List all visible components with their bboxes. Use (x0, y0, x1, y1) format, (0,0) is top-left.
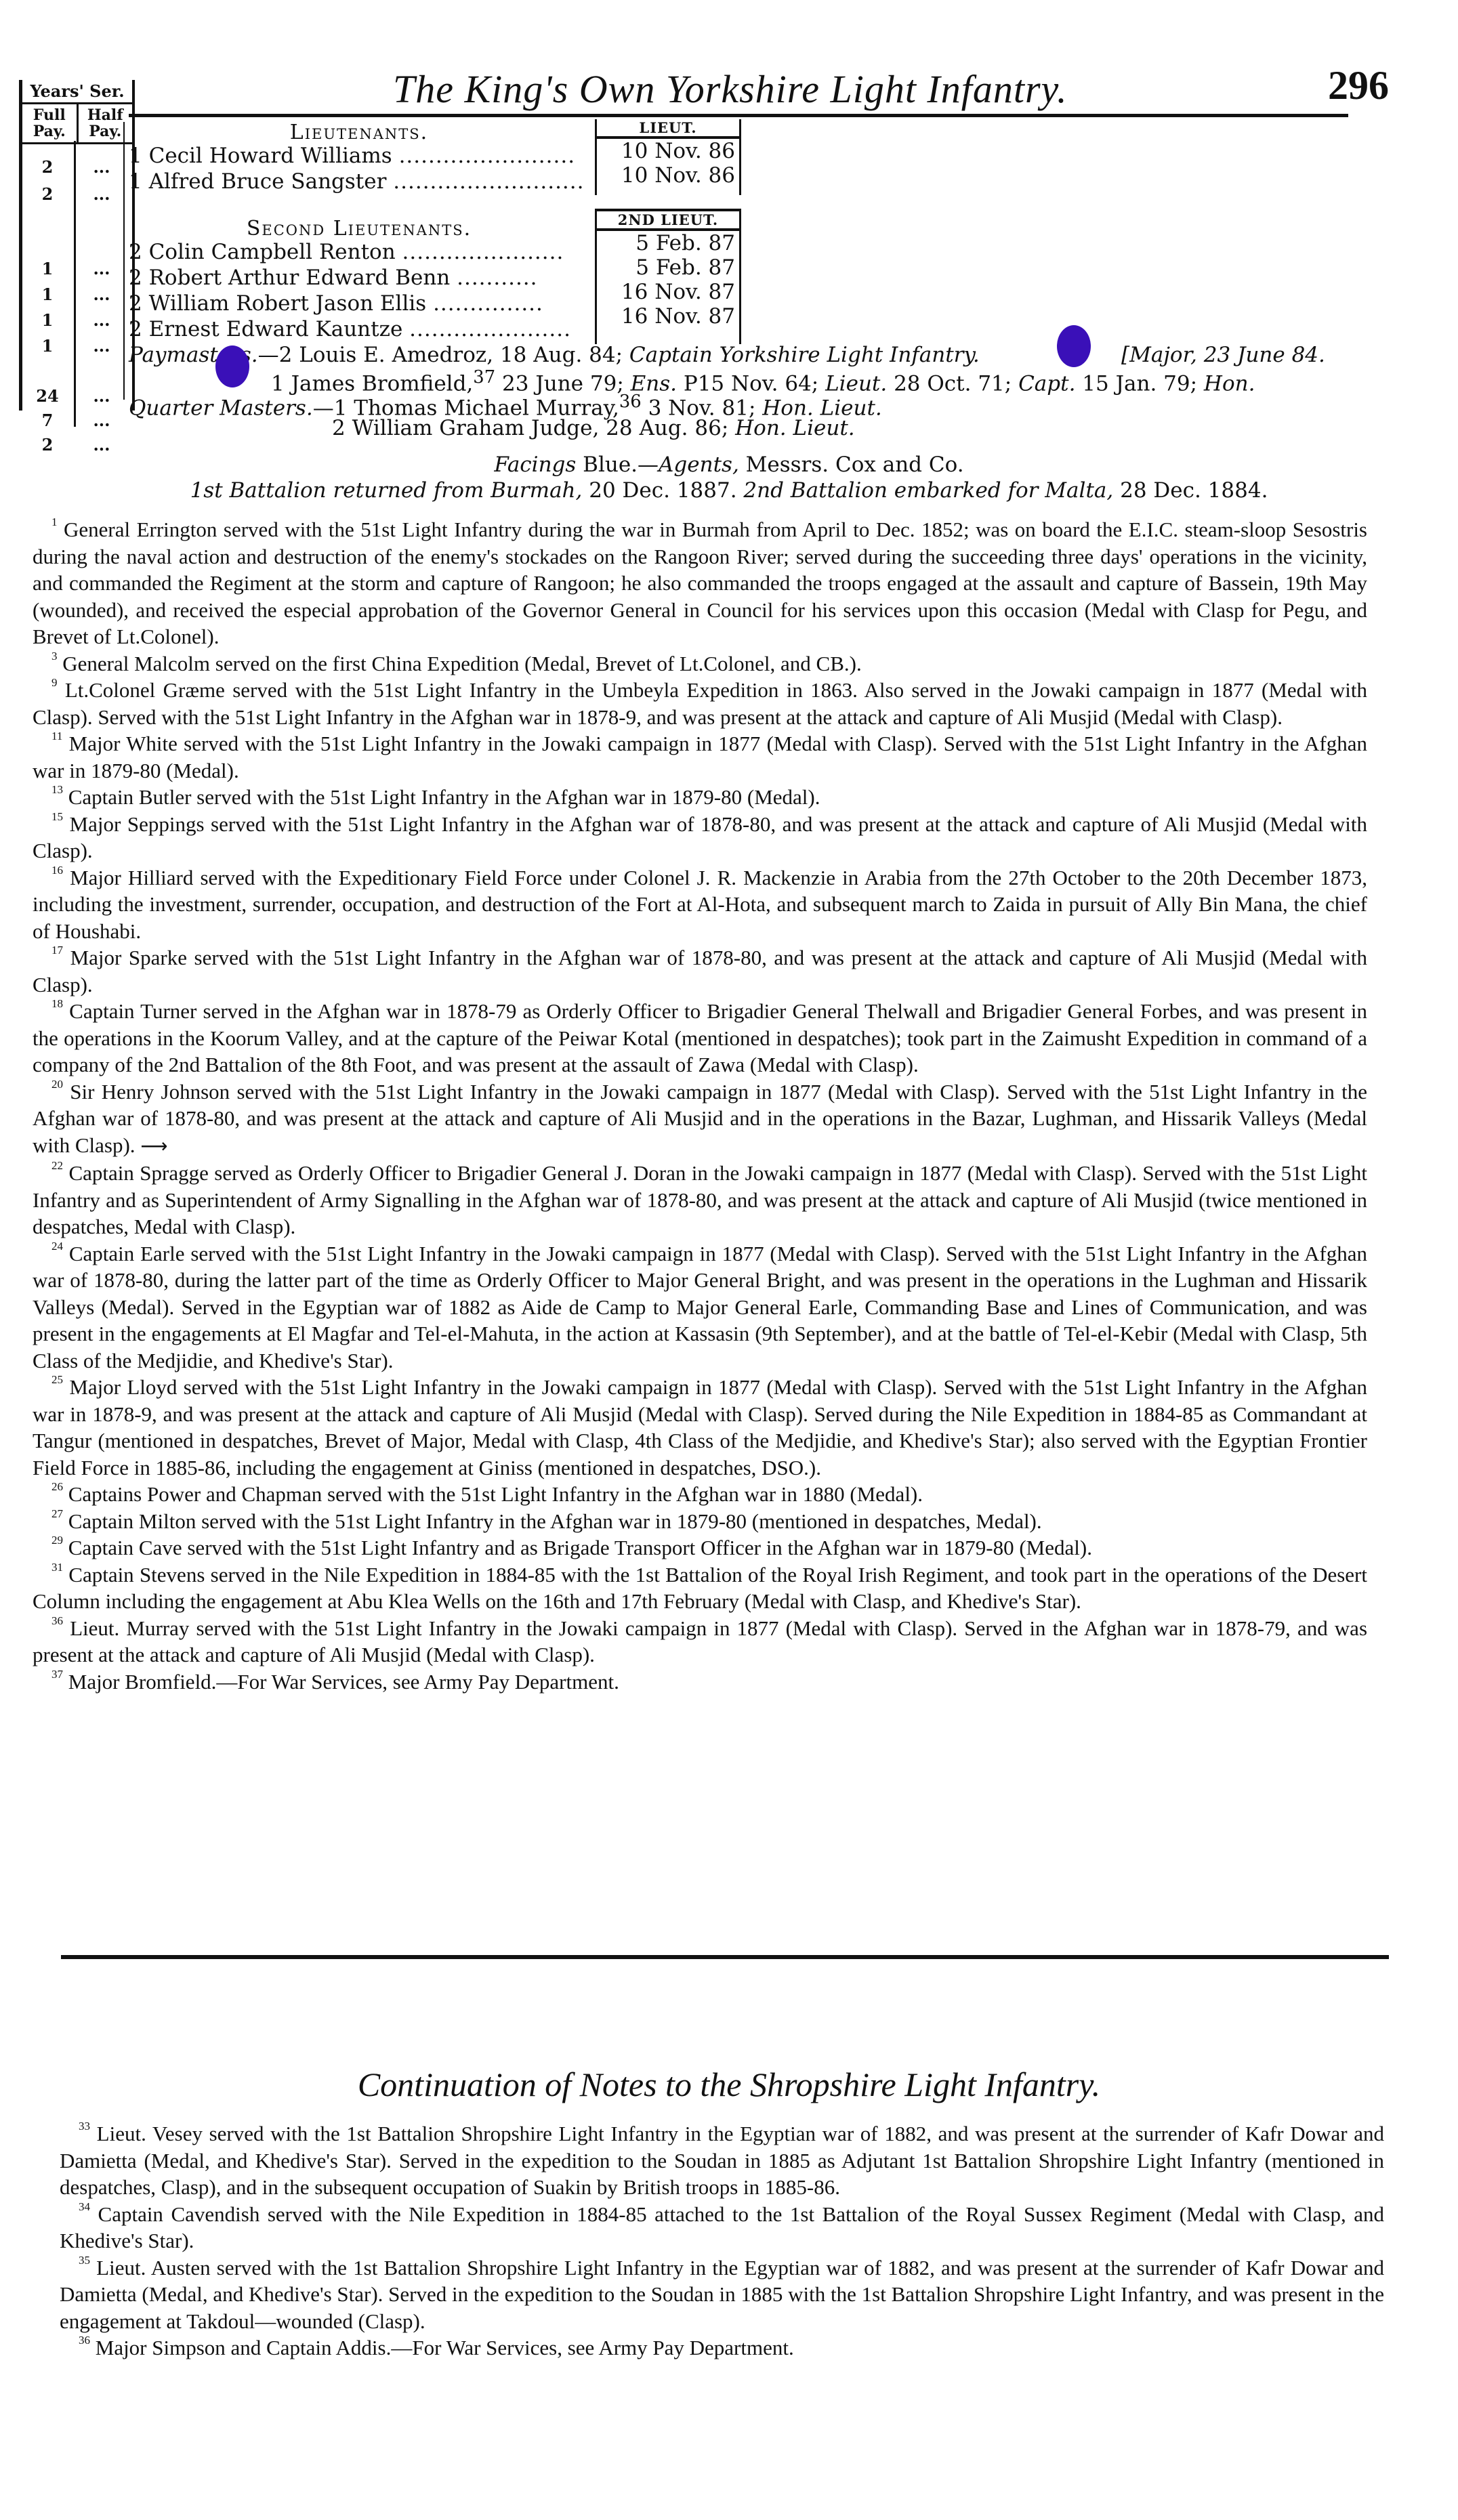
lieut-date-column: LIEUT. 10 Nov. 86 10 Nov. 86 (595, 119, 741, 195)
half-pay-value: ... (78, 435, 125, 455)
half-pay-value: ... (78, 157, 125, 177)
paymaster-bracket: [Major, 23 June 84. (1121, 343, 1325, 367)
footnote-number: 31 (51, 1561, 63, 1574)
second-battalion-date: 28 Dec. 1884. (1113, 478, 1268, 503)
leader-dots: ............... (433, 291, 543, 316)
full-pay-value: 1 (24, 310, 71, 330)
officer-name: Colin Campbell Renton (149, 240, 396, 264)
years-service-heading: Years' Ser. (22, 80, 132, 104)
footnote-number: 1 (51, 516, 58, 528)
footnote: 36 Major Simpson and Captain Addis.—For … (60, 2334, 1384, 2361)
footnote-text: Major Lloyd served with the 51st Light I… (33, 1375, 1367, 1479)
footnote-number: 22 (51, 1159, 63, 1172)
footnote: 1 General Errington served with the 51st… (33, 516, 1367, 650)
footnote-text: Captains Power and Chapman served with t… (68, 1482, 923, 1506)
footnote-text: Major Simpson and Captain Addis.—For War… (96, 2336, 794, 2359)
footnote-number: 20 (51, 1078, 63, 1091)
footnote-number: 15 (51, 810, 63, 823)
years-rows: 2 ... 2 ... 1 ... 1 ... 1 ... 1 ... 24 .… (22, 141, 132, 411)
war-services-notes: 1 General Errington served with the 51st… (33, 516, 1367, 1695)
full-pay-value: 1 (24, 336, 71, 356)
second-lieut-date-column: 2ND LIEUT. 5 Feb. 87 5 Feb. 87 16 Nov. 8… (595, 209, 741, 344)
hon-label: Hon. (1204, 371, 1255, 396)
highlight-marker (215, 345, 249, 387)
highlight-marker (1057, 325, 1091, 367)
footnote-text: Captain Cavendish served with the Nile E… (60, 2202, 1384, 2253)
battalion-number: 1 (129, 169, 142, 194)
battalion-number: 2 (129, 317, 142, 341)
footnote: 9 Lt.Colonel Græme served with the 51st … (33, 677, 1367, 730)
officer-row: 2 Robert Arthur Edward Benn ........... (129, 266, 538, 290)
full-pay-value: 7 (24, 411, 71, 430)
commission-date: 10 Nov. 86 (597, 139, 739, 163)
footnote: 18 Captain Turner served in the Afghan w… (33, 998, 1367, 1078)
footnote: 37 Major Bromfield.—For War Services, se… (33, 1668, 1367, 1696)
paymaster-entry: —2 Louis E. Amedroz, 18 Aug. 84; (258, 343, 629, 367)
commission-date: 5 Feb. 87 (597, 255, 739, 280)
footnote-text: General Errington served with the 51st L… (33, 518, 1367, 648)
paymaster-rank: Captain Yorkshire Light Infantry. (629, 343, 980, 367)
first-battalion-date: 20 Dec. 1887. (582, 478, 743, 503)
footnote-number: 37 (51, 1668, 63, 1681)
footnote-number: 34 (79, 2200, 90, 2213)
footnote: 26 Captains Power and Chapman served wit… (33, 1481, 1367, 1508)
battalion-number: 1 (129, 144, 142, 168)
agents-value: Messrs. Cox and Co. (739, 453, 964, 477)
section-divider (61, 1955, 1389, 1959)
footnote-text: Major Bromfield.—For War Services, see A… (68, 1670, 619, 1694)
commission-date: 16 Nov. 87 (597, 304, 739, 329)
leader-dots: .......................... (393, 169, 584, 194)
full-pay-value: 2 (24, 157, 71, 177)
battalion-number: 2 (129, 266, 142, 290)
footnote: 34 Captain Cavendish served with the Nil… (60, 2201, 1384, 2254)
footnote-text: Sir Henry Johnson served with the 51st L… (33, 1080, 1367, 1157)
facings-line: Facings Blue.—Agents, Messrs. Cox and Co… (0, 453, 1458, 477)
commission-date: 10 Nov. 86 (597, 163, 739, 188)
footnote: 25 Major Lloyd served with the 51st Ligh… (33, 1374, 1367, 1481)
quartermasters-label: Quarter Masters. (129, 396, 313, 420)
hon-lieut-label: Hon. Lieut. (735, 416, 855, 440)
footnote: 15 Major Seppings served with the 51st L… (33, 811, 1367, 864)
footnote-text: Lieut. Austen served with the 1st Battal… (60, 2256, 1384, 2333)
full-pay-value: 2 (24, 435, 71, 455)
commission-date: 16 Nov. 87 (597, 280, 739, 304)
footnote-number: 36 (51, 1614, 63, 1627)
full-pay-value: 1 (24, 259, 71, 278)
officer-row: 1 Cecil Howard Williams ................… (129, 144, 575, 168)
years-service-column: Years' Ser. Full Pay. Half Pay. 2 ... 2 … (19, 80, 135, 411)
footnote: 22 Captain Spragge served as Orderly Off… (33, 1160, 1367, 1240)
footnote-number: 11 (51, 730, 62, 742)
footnote-number: 18 (51, 997, 63, 1010)
footnote-number: 29 (51, 1534, 63, 1547)
footnote-number: 13 (51, 783, 63, 796)
footnote-text: Lieut. Murray served with the 51st Light… (33, 1616, 1367, 1667)
footnote: 11 Major White served with the 51st Ligh… (33, 730, 1367, 784)
footnote-text: Captain Spragge served as Orderly Office… (33, 1161, 1367, 1238)
footnote: 3 General Malcolm served on the first Ch… (33, 650, 1367, 677)
second-lieut-date-heading: 2ND LIEUT. (597, 211, 739, 228)
half-pay-value: ... (78, 184, 125, 204)
second-battalion-label: 2nd Battalion embarked for Malta, (743, 478, 1113, 503)
officer-name: Alfred Bruce Sangster (149, 169, 387, 194)
footnote-text: Major Hilliard served with the Expeditio… (33, 866, 1367, 943)
footnote-text: Captain Butler served with the 51st Ligh… (68, 785, 820, 809)
footnote: 31 Captain Stevens served in the Nile Ex… (33, 1561, 1367, 1615)
facings-value: Blue.— (576, 453, 659, 477)
continuation-notes: 33 Lieut. Vesey served with the 1st Batt… (60, 2120, 1384, 2361)
officer-row: 2 Colin Campbell Renton ................… (129, 240, 564, 264)
footnote-text: Major White served with the 51st Light I… (33, 732, 1367, 782)
agents-label: Agents, (659, 453, 739, 477)
lieutenants-heading: Lieutenants. (129, 121, 589, 144)
leader-dots: ........... (457, 266, 537, 290)
battalion-number: 2 (129, 291, 142, 316)
footnote-text: Major Seppings served with the 51st Ligh… (33, 812, 1367, 863)
officer-name: Ernest Edward Kauntze (149, 317, 403, 341)
lieut-date-heading: LIEUT. (597, 119, 739, 136)
footnote: 20 Sir Henry Johnson served with the 51s… (33, 1078, 1367, 1160)
footnote: 29 Captain Cave served with the 51st Lig… (33, 1534, 1367, 1561)
full-pay-value: 1 (24, 285, 71, 304)
paymaster-line-1: Paymasters.—2 Louis E. Amedroz, 18 Aug. … (129, 343, 980, 367)
half-pay-value: ... (78, 285, 125, 304)
full-pay-value: 2 (24, 184, 71, 204)
footnote-number: 9 (51, 676, 58, 689)
footnote-number: 33 (79, 2120, 90, 2133)
officer-name: Robert Arthur Edward Benn (149, 266, 451, 290)
first-battalion-label: 1st Battalion returned from Burmah, (190, 478, 583, 503)
footnote-number: 25 (51, 1373, 63, 1386)
leader-dots: ........................ (399, 144, 576, 168)
capt-label: Capt. (1018, 371, 1075, 396)
footnote: 33 Lieut. Vesey served with the 1st Batt… (60, 2120, 1384, 2201)
officer-row: 2 William Robert Jason Ellis ...........… (129, 291, 543, 316)
footnote: 27 Captain Milton served with the 51st L… (33, 1508, 1367, 1535)
continuation-title: Continuation of Notes to the Shropshire … (0, 2065, 1458, 2104)
footnote-number: 16 (51, 864, 63, 877)
footnote-number: 27 (51, 1507, 63, 1520)
half-pay-value: ... (78, 259, 125, 278)
header-rule (129, 114, 1348, 117)
capt-date: 15 Jan. 79; (1075, 371, 1203, 396)
roster-left-rule (123, 122, 125, 400)
footnote-text: Major Sparke served with the 51st Light … (33, 946, 1367, 996)
note-reference: 36 (619, 392, 642, 412)
pay-headings: Full Pay. Half Pay. (22, 104, 132, 144)
second-lieutenants-heading: Second Lieutenants. (129, 217, 589, 240)
footnote-text: Captain Cave served with the 51st Light … (68, 1536, 1092, 1559)
officer-name: Cecil Howard Williams (149, 144, 392, 168)
turnover-arrow-icon: ⟶ (140, 1136, 167, 1157)
half-pay-value: ... (78, 386, 125, 406)
footnote-text: Captain Stevens served in the Nile Exped… (33, 1563, 1367, 1614)
footnote-text: Captain Milton served with the 51st Ligh… (68, 1509, 1042, 1533)
footnote-number: 24 (51, 1240, 63, 1253)
footnote: 36 Lieut. Murray served with the 51st Li… (33, 1615, 1367, 1668)
officer-row: 1 Alfred Bruce Sangster ................… (129, 169, 585, 194)
half-pay-value: ... (78, 310, 125, 330)
paymaster-major-date: [Major, 23 June 84. (1121, 343, 1325, 367)
footnote-text: Lt.Colonel Græme served with the 51st Li… (33, 678, 1367, 729)
commission-date: 5 Feb. 87 (597, 231, 739, 255)
page-title: The King's Own Yorkshire Light Infantry. (393, 66, 1068, 112)
footnote-text: Captain Turner served in the Afghan war … (33, 999, 1367, 1076)
battalion-status-line: 1st Battalion returned from Burmah, 20 D… (0, 478, 1458, 503)
quartermaster-line-2: 2 William Graham Judge, 28 Aug. 86; Hon.… (332, 416, 855, 440)
footnote-number: 3 (51, 650, 58, 663)
note-reference: 37 (473, 367, 495, 387)
quartermaster-name: 2 William Graham Judge, 28 Aug. 86; (332, 416, 735, 440)
half-pay-value: ... (78, 411, 125, 430)
footnote-text: General Malcolm served on the first Chin… (62, 652, 861, 675)
full-pay-heading: Full Pay. (22, 104, 79, 142)
leader-dots: ...................... (409, 317, 571, 341)
footnote: 16 Major Hilliard served with the Expedi… (33, 864, 1367, 945)
officer-name: William Robert Jason Ellis (149, 291, 427, 316)
footnote: 13 Captain Butler served with the 51st L… (33, 784, 1367, 811)
footnote-number: 17 (51, 944, 63, 957)
full-pay-value: 24 (24, 386, 71, 406)
leader-dots: ...................... (402, 240, 564, 264)
page-number: 296 (1328, 62, 1389, 109)
footnote-number: 36 (79, 2334, 90, 2347)
facings-label: Facings (494, 453, 576, 477)
footnote-number: 35 (79, 2254, 90, 2267)
half-pay-value: ... (78, 336, 125, 356)
footnote-text: Captain Earle served with the 51st Light… (33, 1242, 1367, 1372)
footnote-number: 26 (51, 1480, 63, 1493)
footnote: 35 Lieut. Austen served with the 1st Bat… (60, 2254, 1384, 2335)
officer-row: 2 Ernest Edward Kauntze ................… (129, 317, 571, 341)
lieut-date: 28 Oct. 71; (887, 371, 1018, 396)
footnote: 17 Major Sparke served with the 51st Lig… (33, 944, 1367, 998)
battalion-number: 2 (129, 240, 142, 264)
footnote: 24 Captain Earle served with the 51st Li… (33, 1240, 1367, 1374)
footnote-text: Lieut. Vesey served with the 1st Battali… (60, 2122, 1384, 2199)
